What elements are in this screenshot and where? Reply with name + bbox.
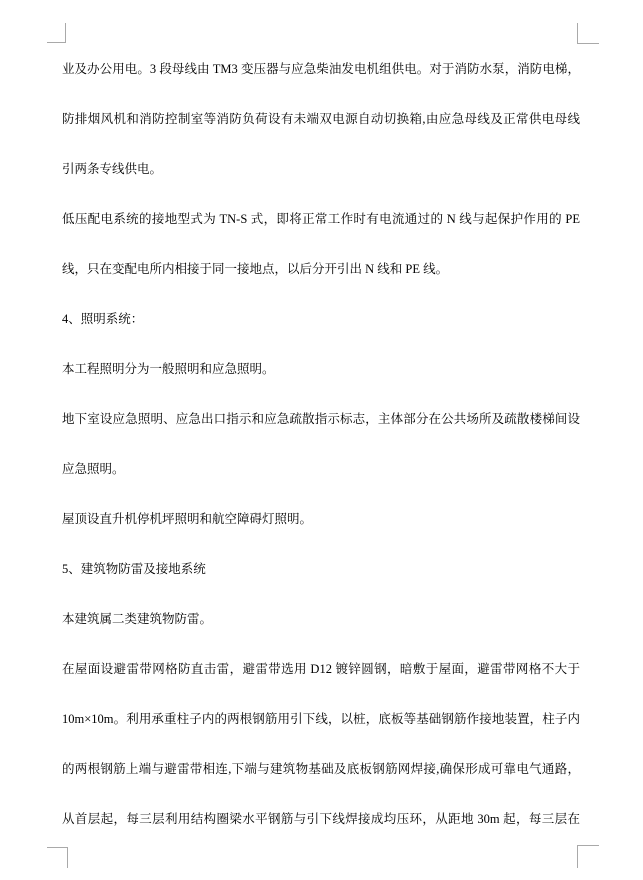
margin-mark-bottom-right <box>577 845 599 868</box>
text-line: 本工程照明分为一般照明和应急照明。 <box>62 344 580 394</box>
text-line: 防排烟风机和消防控制室等消防负荷设有未端双电源自动切换箱,由应急母线及正常供电母… <box>62 94 580 144</box>
text-line: 本建筑属二类建筑物防雷。 <box>62 594 580 644</box>
paragraph-grounding-type: 低压配电系统的接地型式为 TN-S 式，即将正常工作时有电流通过的 N 线与起保… <box>62 194 580 294</box>
paragraph-lighting-types: 本工程照明分为一般照明和应急照明。 <box>62 344 580 394</box>
text-line: 引两条专线供电。 <box>62 144 580 194</box>
document-text-area[interactable]: 业及办公用电。3 段母线由 TM3 变压器与应急柴油发电机组供电。对于消防水泵，… <box>62 44 580 844</box>
paragraph-emergency-lighting: 地下室设应急照明、应急出口指示和应急疏散指示标志，主体部分在公共场所及疏散楼梯间… <box>62 394 580 494</box>
text-line: 4、照明系统： <box>62 294 580 344</box>
paragraph-building-class: 本建筑属二类建筑物防雷。 <box>62 594 580 644</box>
heading-lightning-protection: 5、建筑物防雷及接地系统 <box>62 544 580 594</box>
margin-mark-top-left <box>47 23 66 43</box>
heading-lighting-system: 4、照明系统： <box>62 294 580 344</box>
text-line: 10m×10m。利用承重柱子内的两根钢筋用引下线，以桩，底板等基础钢筋作接地装置… <box>62 694 580 744</box>
text-line: 线，只在变配电所内相接于同一接地点，以后分开引出 N 线和 PE 线。 <box>62 244 580 294</box>
text-line: 业及办公用电。3 段母线由 TM3 变压器与应急柴油发电机组供电。对于消防水泵，… <box>62 44 580 94</box>
margin-mark-top-right <box>577 23 599 44</box>
paragraph-lightning-belt: 在屋面设避雷带网格防直击雷，避雷带选用 D12 镀锌圆钢，暗敷于屋面，避雷带网格… <box>62 644 580 844</box>
text-line: 在屋面设避雷带网格防直击雷，避雷带选用 D12 镀锌圆钢，暗敷于屋面，避雷带网格… <box>62 644 580 694</box>
text-line: 从首层起，每三层利用结构圈梁水平钢筋与引下线焊接成均压环，从距地 30m 起，每… <box>62 794 580 844</box>
text-line: 低压配电系统的接地型式为 TN-S 式，即将正常工作时有电流通过的 N 线与起保… <box>62 194 580 244</box>
text-line: 应急照明。 <box>62 444 580 494</box>
text-line: 的两根钢筋上端与避雷带相连,下端与建筑物基础及底板钢筋网焊接,确保形成可靠电气通… <box>62 744 580 794</box>
text-line: 5、建筑物防雷及接地系统 <box>62 544 580 594</box>
document-page: 业及办公用电。3 段母线由 TM3 变压器与应急柴油发电机组供电。对于消防水泵，… <box>0 0 643 880</box>
text-line: 屋顶设直升机停机坪照明和航空障碍灯照明。 <box>62 494 580 544</box>
text-line: 地下室设应急照明、应急出口指示和应急疏散指示标志，主体部分在公共场所及疏散楼梯间… <box>62 394 580 444</box>
paragraph-power-supply: 业及办公用电。3 段母线由 TM3 变压器与应急柴油发电机组供电。对于消防水泵，… <box>62 44 580 194</box>
margin-mark-bottom-left <box>47 847 68 868</box>
paragraph-roof-lighting: 屋顶设直升机停机坪照明和航空障碍灯照明。 <box>62 494 580 544</box>
